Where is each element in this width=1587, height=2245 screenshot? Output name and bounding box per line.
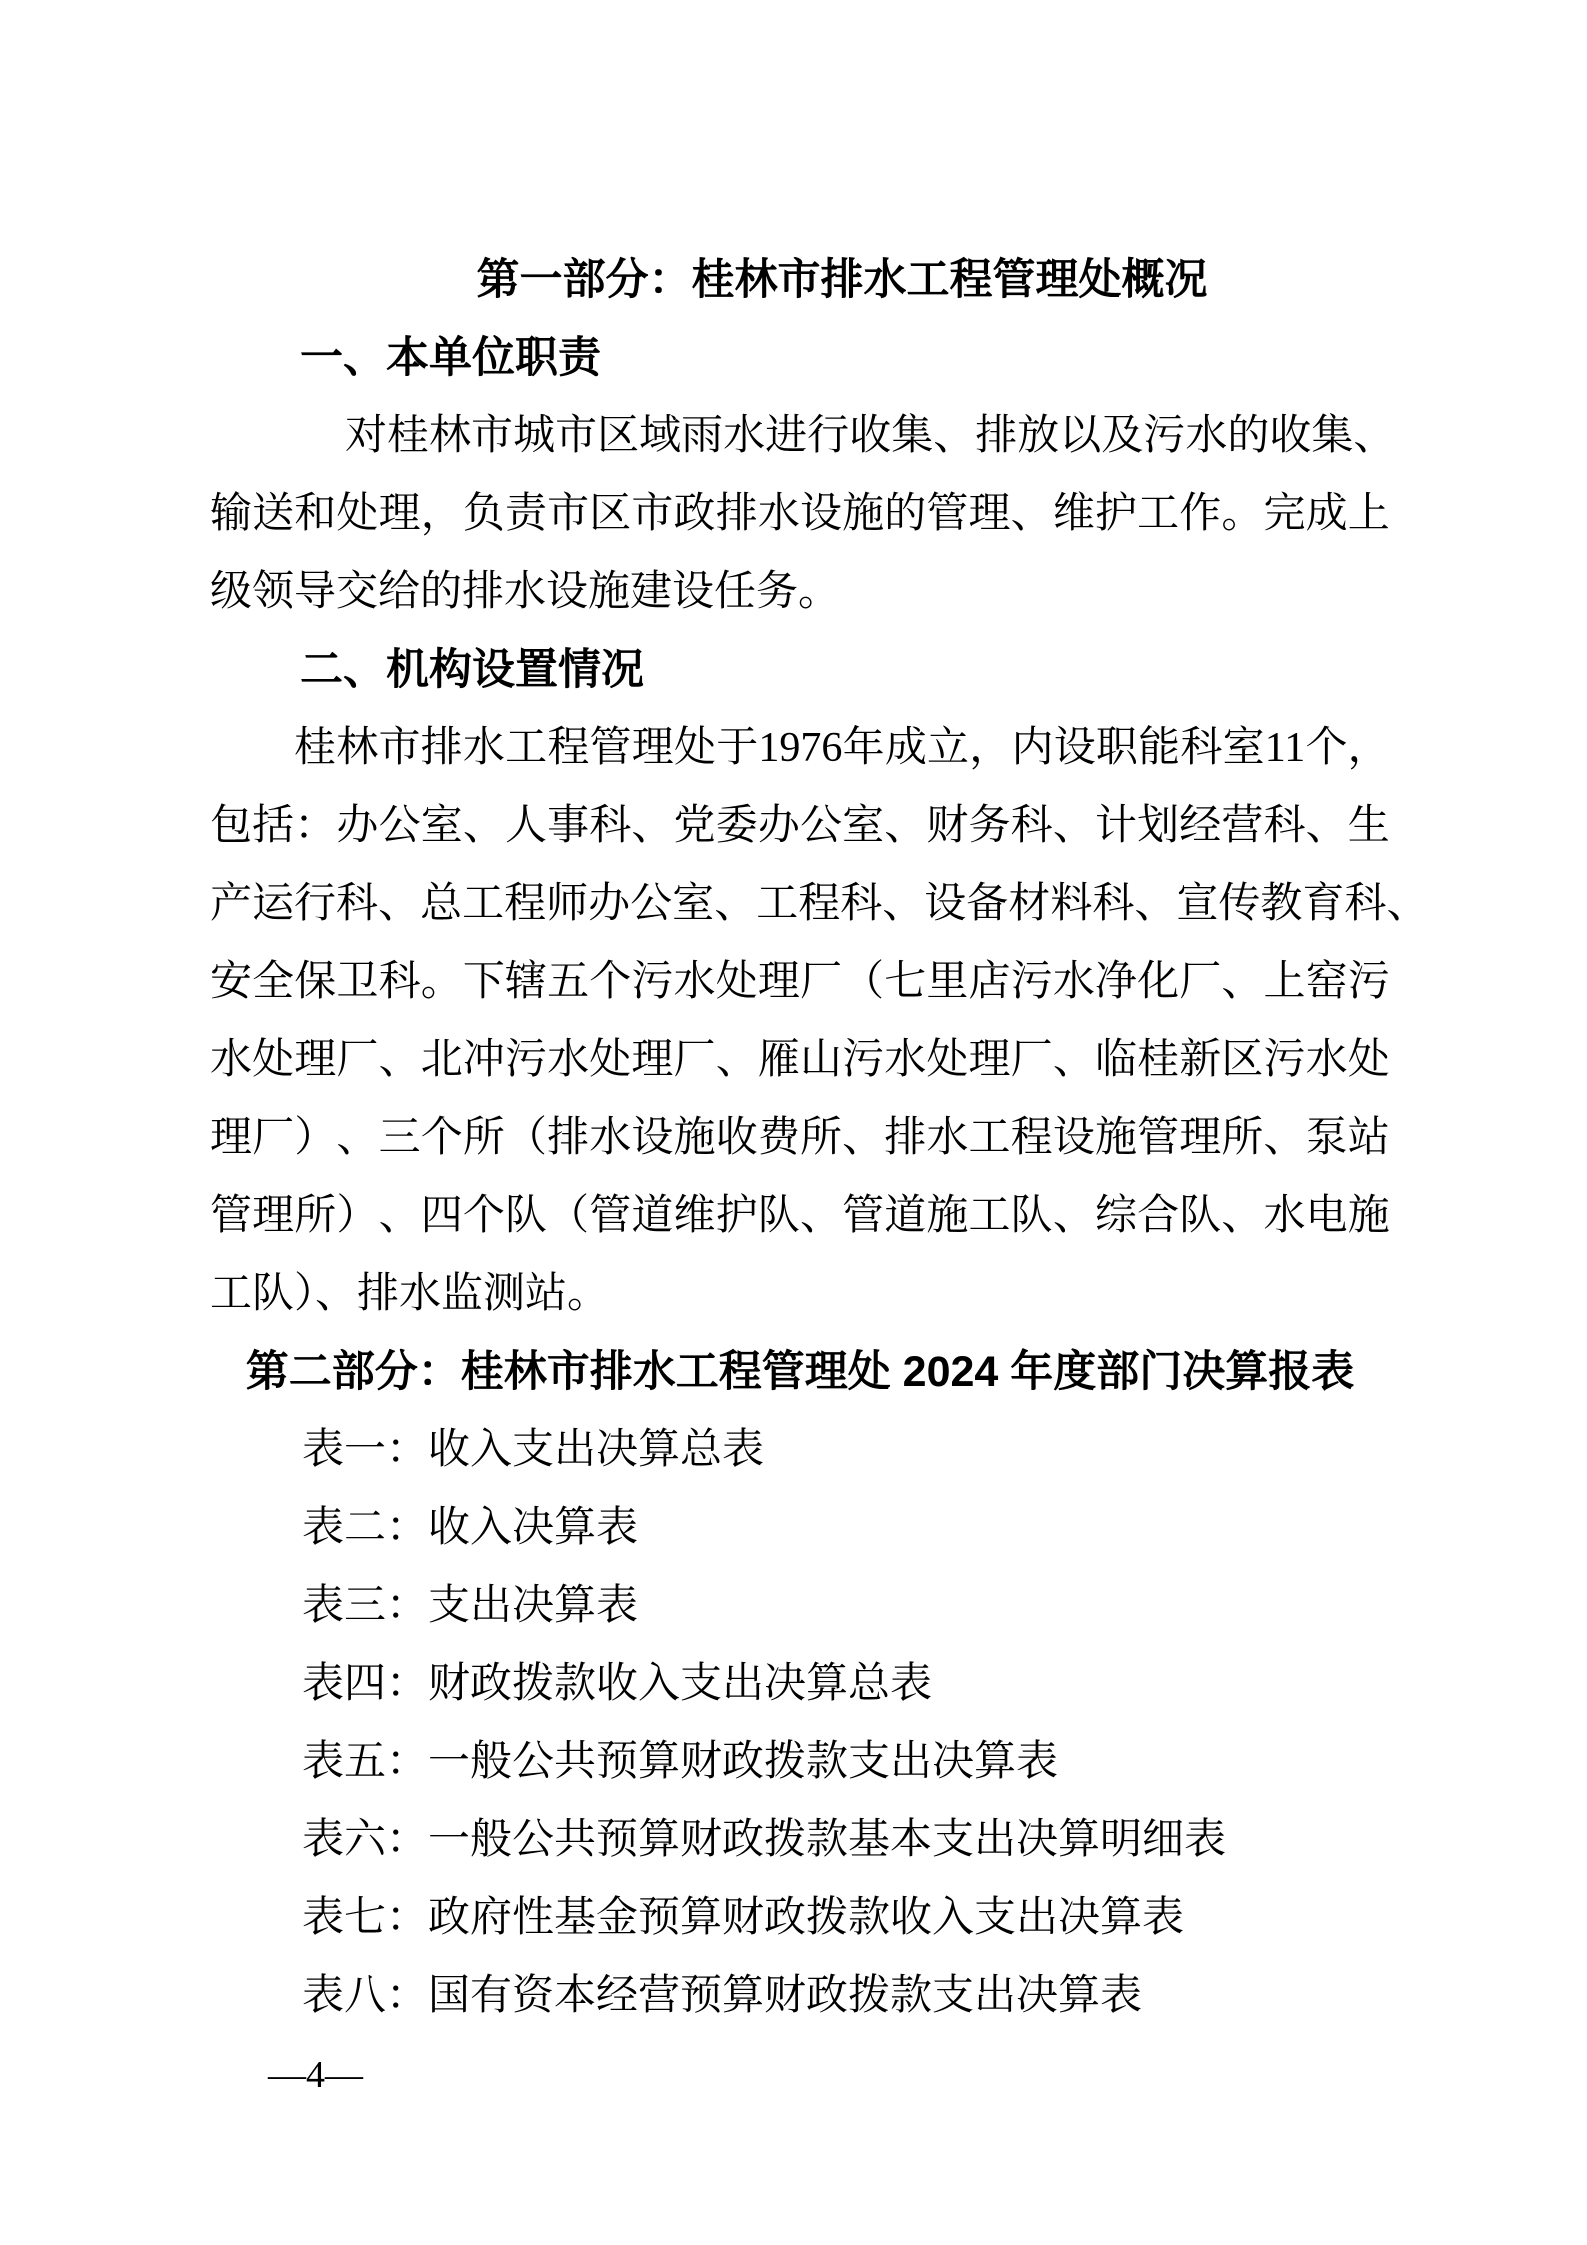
page-number: —4— xyxy=(268,2053,363,2097)
paragraph-line: 安全保卫科。下辖五个污水处理厂（七里店污水净化厂、上窑污 xyxy=(210,943,1390,1021)
paragraph-line: 水处理厂、北冲污水处理厂、雁山污水处理厂、临桂新区污水处 xyxy=(210,1021,1390,1099)
document-page: 第一部分：桂林市排水工程管理处概况 一、本单位职责 对桂林市城市区域雨水进行收集… xyxy=(0,0,1587,2245)
table-list-item: 表三：支出决算表 xyxy=(210,1567,1390,1645)
section2-heading: 二、机构设置情况 xyxy=(210,631,1390,709)
table-list-item: 表一：收入支出决算总表 xyxy=(210,1411,1390,1489)
paragraph-line: 输送和处理，负责市区市政排水设施的管理、维护工作。完成上 xyxy=(210,475,1390,553)
document-body: 第一部分：桂林市排水工程管理处概况 一、本单位职责 对桂林市城市区域雨水进行收集… xyxy=(210,241,1390,2035)
part2-title: 第二部分：桂林市排水工程管理处 2024 年度部门决算报表 xyxy=(210,1333,1390,1411)
paragraph-line: 管理所）、四个队（管道维护队、管道施工队、综合队、水电施 xyxy=(210,1177,1390,1255)
table-list-item: 表五：一般公共预算财政拨款支出决算表 xyxy=(210,1723,1390,1801)
part1-title: 第一部分：桂林市排水工程管理处概况 xyxy=(210,241,1390,319)
paragraph-line: 级领导交给的排水设施建设任务。 xyxy=(210,553,1390,631)
table-list-item: 表八：国有资本经营预算财政拨款支出决算表 xyxy=(210,1957,1390,2035)
paragraph-line: 产运行科、总工程师办公室、工程科、设备材料科、宣传教育科、 xyxy=(210,865,1390,943)
table-list-item: 表六：一般公共预算财政拨款基本支出决算明细表 xyxy=(210,1801,1390,1879)
section1-heading: 一、本单位职责 xyxy=(210,319,1390,397)
paragraph-line: 桂林市排水工程管理处于1976年成立，内设职能科室11个， xyxy=(210,709,1390,787)
paragraph-line: 包括：办公室、人事科、党委办公室、财务科、计划经营科、生 xyxy=(210,787,1390,865)
paragraph-line: 理厂）、三个所（排水设施收费所、排水工程设施管理所、泵站 xyxy=(210,1099,1390,1177)
table-list-item: 表二：收入决算表 xyxy=(210,1489,1390,1567)
paragraph-line: 工队）、排水监测站。 xyxy=(210,1255,1390,1333)
table-list-item: 表七：政府性基金预算财政拨款收入支出决算表 xyxy=(210,1879,1390,1957)
table-list-item: 表四：财政拨款收入支出决算总表 xyxy=(210,1645,1390,1723)
paragraph-line: 对桂林市城市区域雨水进行收集、排放以及污水的收集、 xyxy=(210,397,1390,475)
